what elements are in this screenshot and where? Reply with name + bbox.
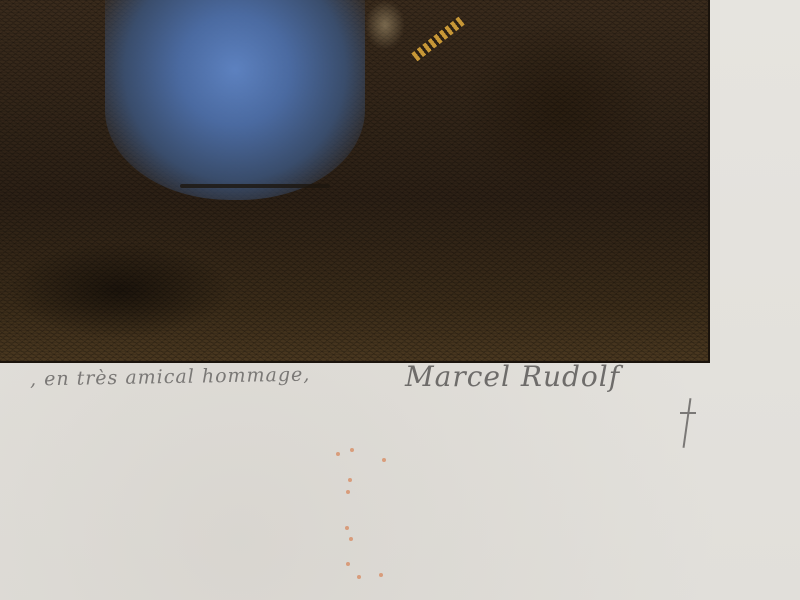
blue-vase xyxy=(105,0,365,200)
vase-base-shadow xyxy=(180,184,330,188)
etching-print xyxy=(0,0,710,363)
signature-crossbar xyxy=(680,412,696,414)
yellow-striped-object xyxy=(411,17,464,62)
light-highlight xyxy=(365,0,405,50)
artist-signature: Marcel Rudolf xyxy=(405,360,620,393)
